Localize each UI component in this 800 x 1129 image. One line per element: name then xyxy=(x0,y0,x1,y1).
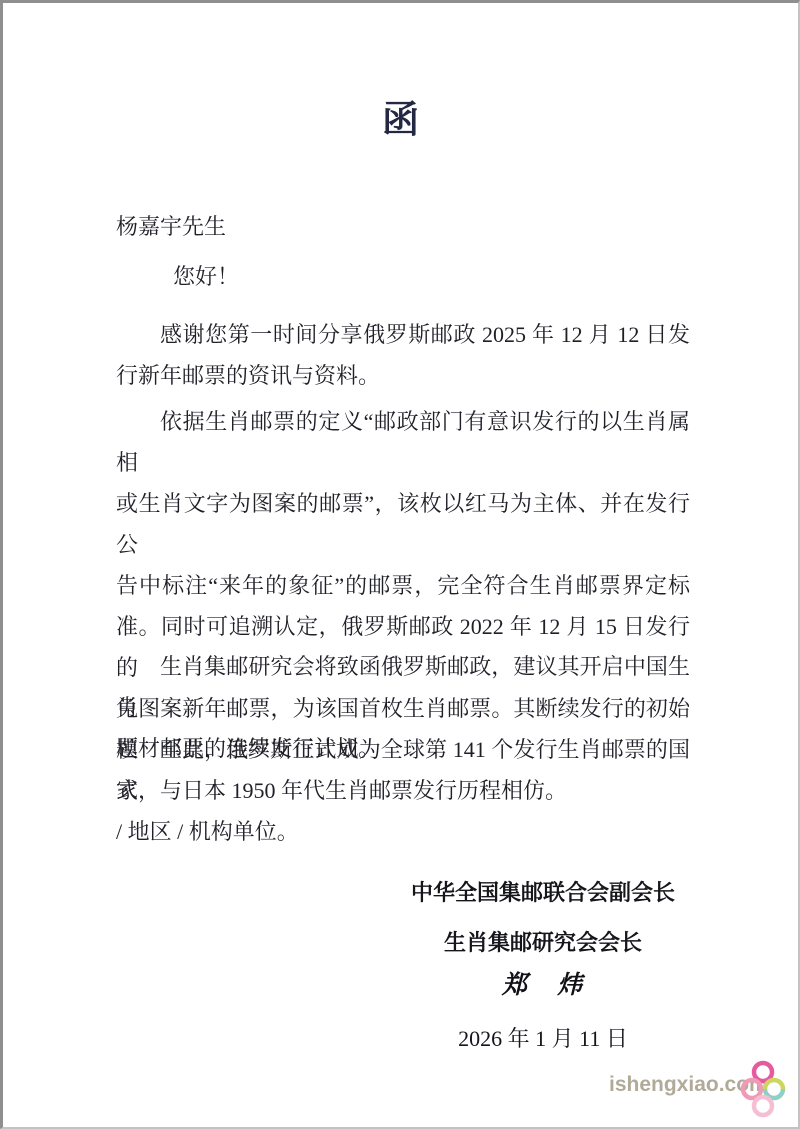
body-line: 告中标注“来年的象征”的邮票，完全符合生肖邮票界定标 xyxy=(116,565,690,606)
signature-date: 2026 年 1 月 11 日 xyxy=(383,1024,703,1054)
signature-role-2: 生肖集邮研究会会长 xyxy=(383,928,703,958)
letter-title: 函 xyxy=(3,98,798,144)
body-line: 感谢您第一时间分享俄罗斯邮政 2025 年 12 月 12 日发 xyxy=(116,314,690,355)
watermark: ishengxiao.com xyxy=(609,1057,789,1119)
body-line: 或生肖文字为图案的邮票”，该枚以红马为主体、并在发行公 xyxy=(116,483,690,565)
body-line: 行新年邮票的资讯与资料。 xyxy=(116,355,690,396)
paragraph: 感谢您第一时间分享俄罗斯邮政 2025 年 12 月 12 日发 行新年邮票的资… xyxy=(116,314,690,396)
letter-page: 函 杨嘉宇先生 您好！ 感谢您第一时间分享俄罗斯邮政 2025 年 12 月 1… xyxy=(0,0,800,1129)
body-line: 依据生肖邮票的定义“邮政部门有意识发行的以生肖属相 xyxy=(116,401,690,483)
body-line: 至此，俄罗斯正式成为全球第 141 个发行生肖邮票的国家 xyxy=(116,729,690,811)
knot-flower-icon xyxy=(740,1059,786,1124)
body-line: / 地区 / 机构单位。 xyxy=(116,811,690,852)
body-line: 生肖集邮研究会将致函俄罗斯邮政，建议其开启中国生肖 xyxy=(116,646,690,728)
signature-name: 郑 炜 xyxy=(383,969,703,1003)
recipient-name: 杨嘉宇先生 xyxy=(116,211,690,243)
greeting: 您好！ xyxy=(116,261,690,293)
paragraph: 至此，俄罗斯正式成为全球第 141 个发行生肖邮票的国家 / 地区 / 机构单位… xyxy=(116,729,690,852)
signature-role-1: 中华全国集邮联合会副会长 xyxy=(383,878,703,908)
